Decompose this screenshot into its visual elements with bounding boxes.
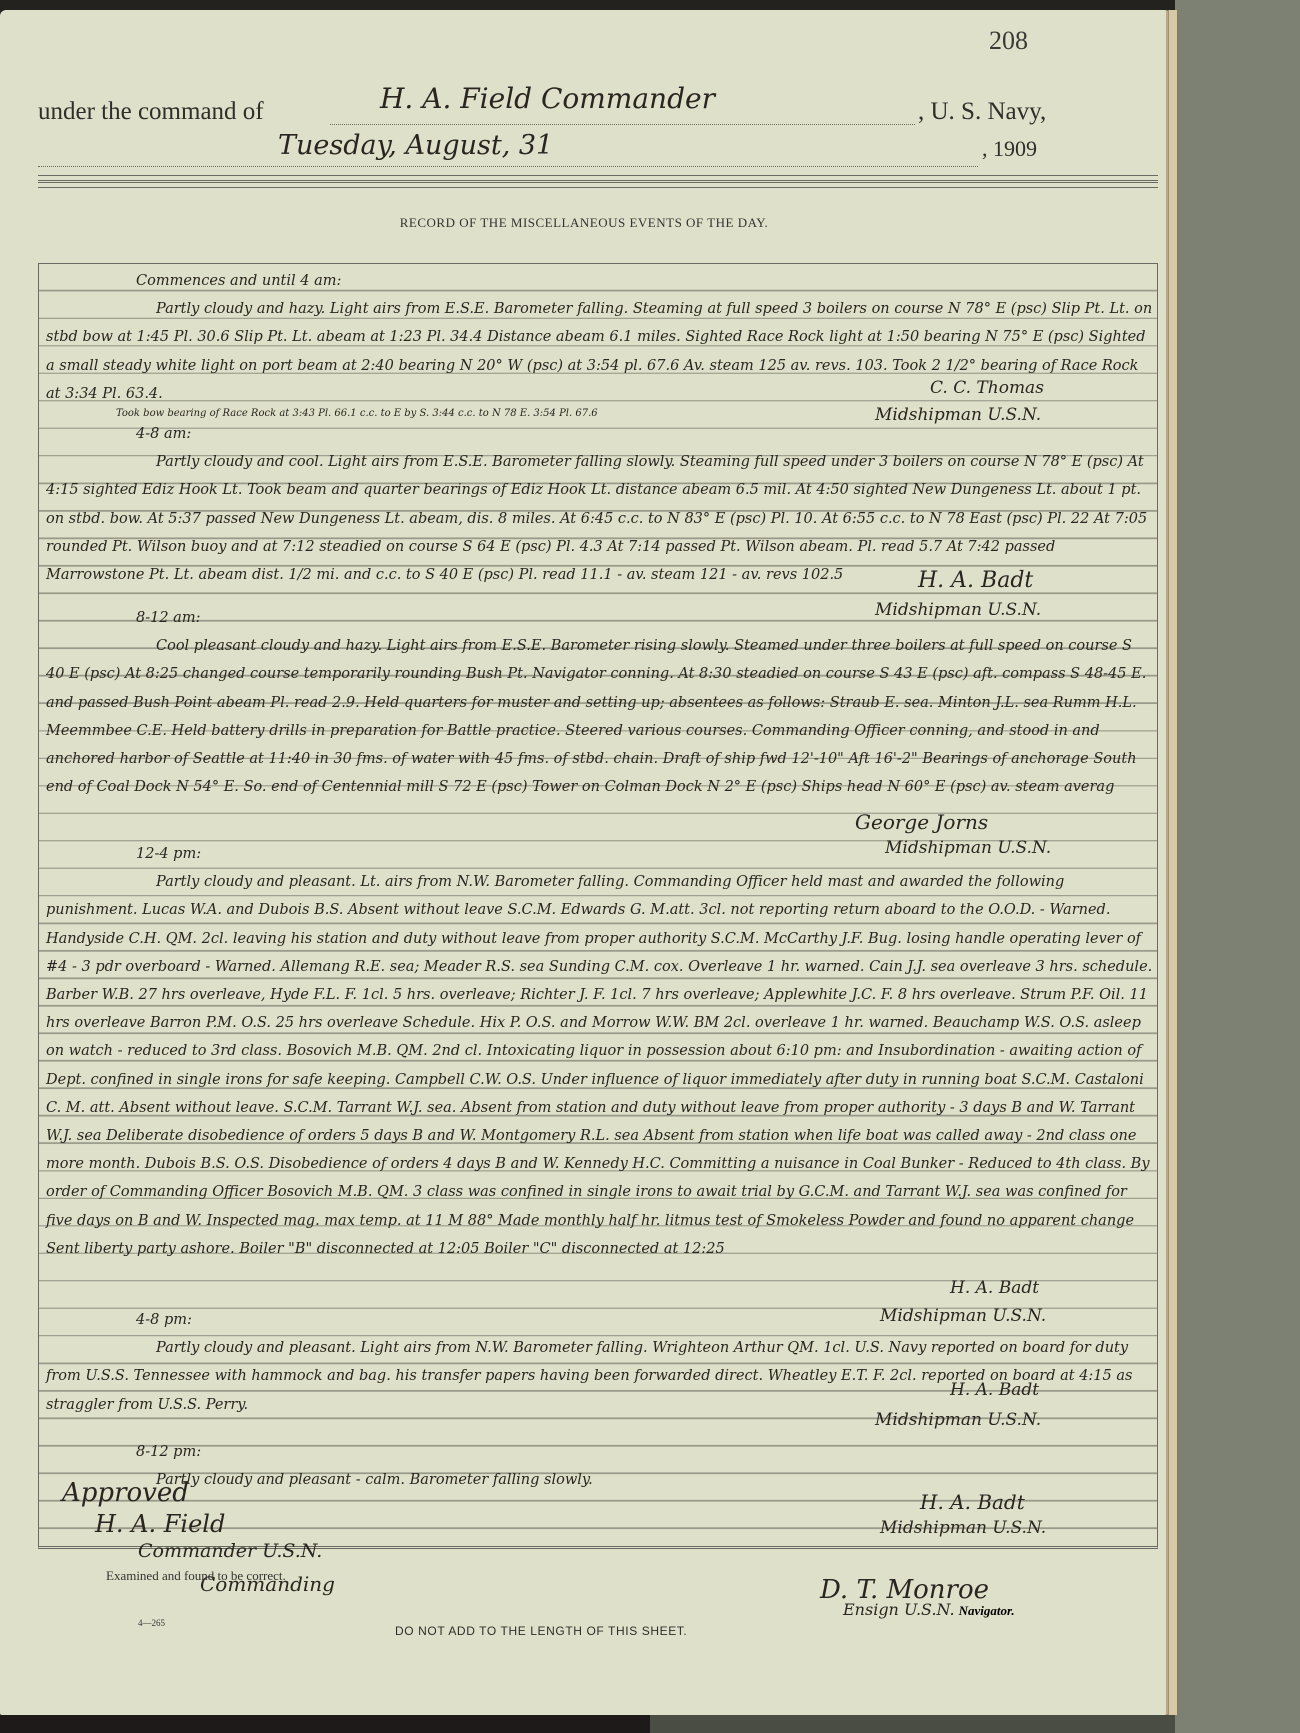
- watch-signature: H. A. Badt: [950, 1278, 1039, 1298]
- watch-text: Partly cloudy and pleasant. Light airs f…: [46, 1334, 1154, 1419]
- watch-signature: H. A. Badt: [920, 1490, 1025, 1514]
- commander-name: H. A. Field Commander: [380, 82, 715, 115]
- approver-signature: H. A. Field: [95, 1510, 225, 1538]
- length-notice: DO NOT ADD TO THE LENGTH OF THIS SHEET.: [395, 1624, 687, 1638]
- log-year: , 1909: [982, 136, 1037, 162]
- watch-signature: H. A. Badt: [950, 1380, 1039, 1400]
- navigator-rank: Ensign U.S.N.: [843, 1600, 955, 1619]
- commanding-handwritten: Commanding: [200, 1572, 335, 1596]
- approved-handwritten: Approved: [62, 1478, 189, 1508]
- watch-signature: C. C. Thomas: [930, 378, 1044, 398]
- watch-label: 12-4 pm:: [46, 840, 1154, 868]
- page-edge: [1168, 10, 1178, 1715]
- form-number: 4—265: [138, 1618, 165, 1628]
- navy-suffix: , U. S. Navy,: [918, 98, 1046, 126]
- watch-entry-4-8am: 4-8 am: Partly cloudy and cool. Light ai…: [46, 420, 1154, 589]
- scan-background-right: [1175, 0, 1300, 1733]
- watch-signature: H. A. Badt: [918, 568, 1033, 593]
- navigator-label: Navigator.: [959, 1603, 1015, 1618]
- navigator-block: Ensign U.S.N. Navigator.: [843, 1600, 1015, 1620]
- header-double-rule: [38, 175, 1158, 181]
- page-number: 208: [989, 26, 1028, 56]
- watch-entry-12-4pm: 12-4 pm: Partly cloudy and pleasant. Lt.…: [46, 840, 1154, 1263]
- section-title: RECORD OF THE MISCELLANEOUS EVENTS OF TH…: [0, 215, 1168, 231]
- command-prefix: under the command of: [38, 98, 264, 126]
- watch-label: 8-12 am:: [46, 604, 1154, 632]
- watch-entry-4-8pm: 4-8 pm: Partly cloudy and pleasant. Ligh…: [46, 1306, 1154, 1419]
- watch-text: Cool pleasant cloudy and hazy. Light air…: [46, 632, 1154, 801]
- scan-background-bottom: [0, 1712, 650, 1733]
- header-double-rule-2: [38, 182, 1158, 188]
- watch-rank: Midshipman U.S.N.: [875, 1410, 1041, 1430]
- watch-label: Commences and until 4 am:: [46, 267, 1154, 295]
- log-page: 208 under the command of H. A. Field Com…: [0, 10, 1168, 1715]
- watch-signature: George Jorns: [855, 810, 988, 834]
- log-date: Tuesday, August, 31: [278, 130, 553, 161]
- watch-text: Partly cloudy and pleasant. Lt. airs fro…: [46, 868, 1154, 1263]
- watch-entry-8-12am: 8-12 am: Cool pleasant cloudy and hazy. …: [46, 604, 1154, 801]
- watch-rank: Midshipman U.S.N.: [880, 1518, 1046, 1538]
- watch-label: 8-12 pm:: [46, 1438, 1154, 1466]
- watch-entry-8-12pm: 8-12 pm: Partly cloudy and pleasant - ca…: [46, 1438, 1154, 1494]
- approver-title: Commander U.S.N.: [138, 1540, 322, 1562]
- watch-label: 4-8 pm:: [46, 1306, 1154, 1334]
- watch-label: 4-8 am:: [46, 420, 1154, 448]
